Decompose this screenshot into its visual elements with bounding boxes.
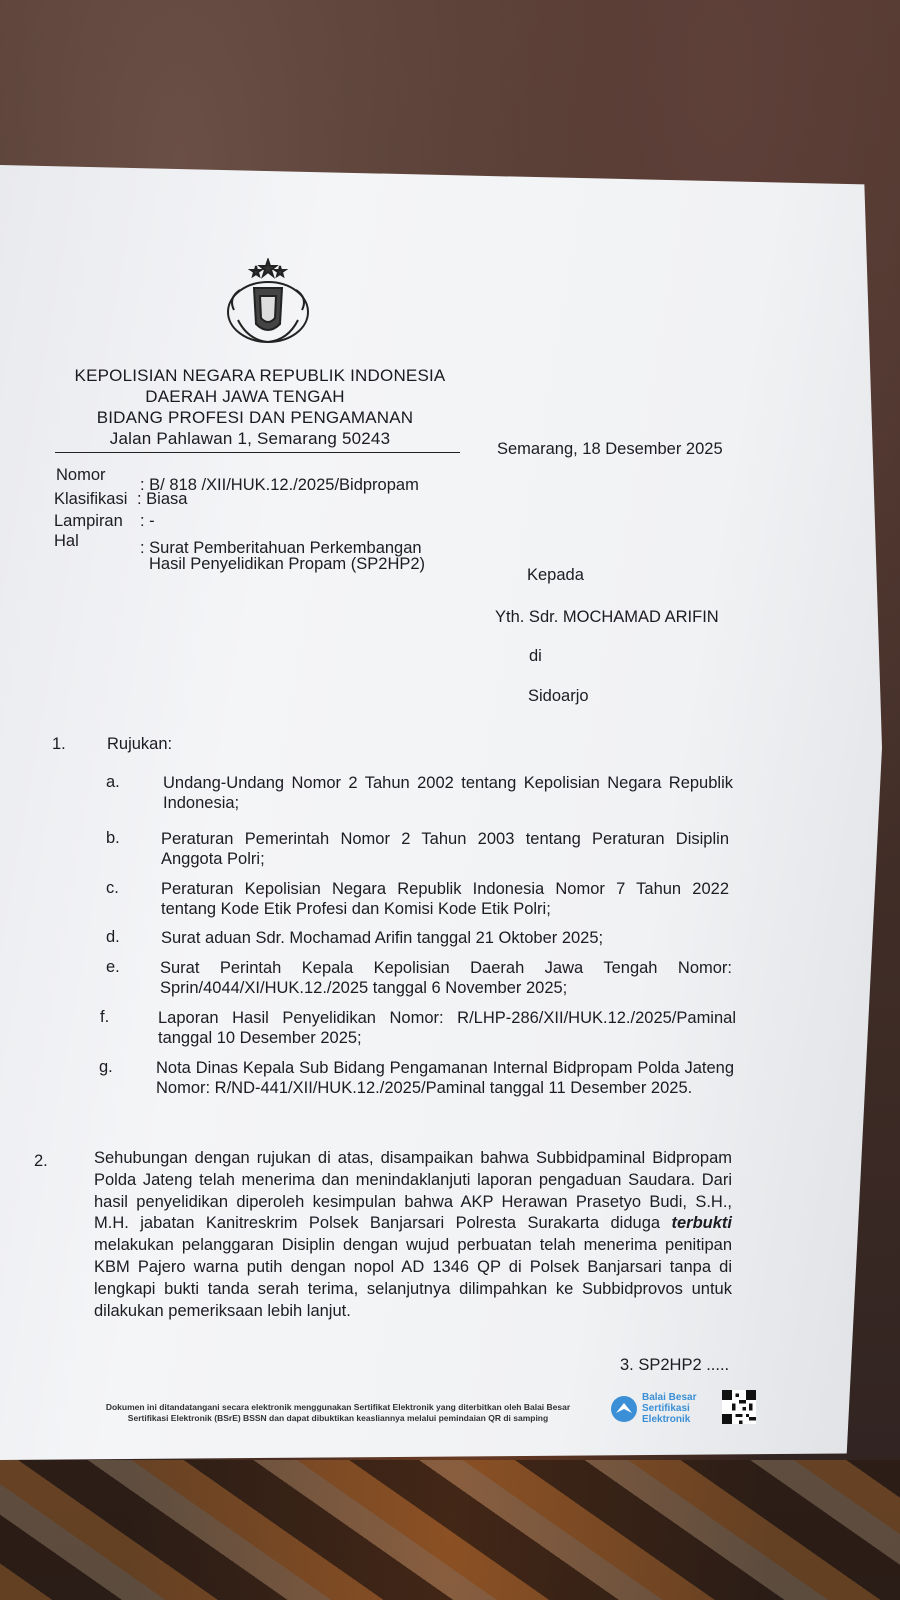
letterhead-address: Jalan Pahlawan 1, Semarang 50243 <box>40 429 460 449</box>
lampiran-label: Lampiran <box>54 512 123 531</box>
esign-note-line1: Dokumen ini ditandatangani secara elektr… <box>68 1402 608 1413</box>
qr-code-icon[interactable] <box>722 1390 756 1424</box>
bsre-line2: Sertifikasi <box>642 1403 696 1414</box>
reference-letter: c. <box>106 879 119 898</box>
reference-text: Undang-Undang Nomor 2 Tahun 2002 tentang… <box>163 773 733 813</box>
recipient-name: Yth. Sdr. MOCHAMAD ARIFIN <box>495 608 719 627</box>
letterhead-underline <box>55 452 460 453</box>
reference-letter: f. <box>100 1008 109 1027</box>
section2-number: 2. <box>34 1152 48 1171</box>
nomor-label: Nomor <box>56 466 106 485</box>
klasifikasi-label: Klasifikasi <box>54 490 127 509</box>
letterhead-line2: DAERAH JAWA TENGAH <box>35 387 455 407</box>
hal-value-2: Hasil Penyelidikan Propam (SP2HP2) <box>149 555 425 574</box>
bsre-emblem-icon <box>610 1395 638 1423</box>
bsre-line1: Balai Besar <box>642 1392 696 1403</box>
reference-letter: g. <box>99 1058 113 1077</box>
reference-letter: d. <box>106 928 120 947</box>
reference-text: Nota Dinas Kepala Sub Bidang Pengamanan … <box>156 1058 734 1098</box>
place-date: Semarang, 18 Desember 2025 <box>497 440 723 459</box>
esign-note: Dokumen ini ditandatangani secara elektr… <box>68 1402 608 1424</box>
hal-label: Hal <box>54 532 79 551</box>
reference-letter: e. <box>106 958 120 977</box>
section2-emphasis: terbukti <box>671 1214 732 1232</box>
klasifikasi-value: : Biasa <box>137 490 187 509</box>
reference-text: Peraturan Kepolisian Negara Republik Ind… <box>161 879 729 919</box>
section2-text-after: melakukan pelanggaran Disiplin dengan wu… <box>94 1236 732 1319</box>
police-crest-icon <box>220 258 316 350</box>
letterhead-line3: BIDANG PROFESI DAN PENGAMANAN <box>45 408 465 428</box>
letterhead-line1: KEPOLISIAN NEGARA REPUBLIK INDONESIA <box>50 366 470 386</box>
reference-letter: a. <box>106 773 120 792</box>
section1-title: Rujukan: <box>107 735 172 754</box>
recipient-di: di <box>529 647 542 666</box>
continuation-marker: 3. SP2HP2 ..... <box>620 1356 729 1375</box>
reference-text: Surat aduan Sdr. Mochamad Arifin tanggal… <box>161 928 729 948</box>
section1-number: 1. <box>52 735 66 754</box>
bsre-logo: Balai Besar Sertifikasi Elektronik <box>610 1392 696 1425</box>
recipient-kepada: Kepada <box>527 566 584 585</box>
section2-text-before: Sehubungan dengan rujukan di atas, disam… <box>94 1149 732 1232</box>
reference-letter: b. <box>106 829 120 848</box>
background-pattern <box>0 1460 900 1600</box>
reference-text: Laporan Hasil Penyelidikan Nomor: R/LHP-… <box>158 1008 736 1048</box>
reference-text: Peraturan Pemerintah Nomor 2 Tahun 2003 … <box>161 829 729 869</box>
lampiran-value: : - <box>140 512 155 531</box>
section2-paragraph: Sehubungan dengan rujukan di atas, disam… <box>94 1148 732 1322</box>
recipient-city: Sidoarjo <box>528 687 589 706</box>
bsre-line3: Elektronik <box>642 1414 696 1425</box>
reference-text: Surat Perintah Kepala Kepolisian Daerah … <box>160 958 732 998</box>
esign-note-line2: Sertifikasi Elektronik (BSrE) BSSN dan d… <box>68 1413 608 1424</box>
